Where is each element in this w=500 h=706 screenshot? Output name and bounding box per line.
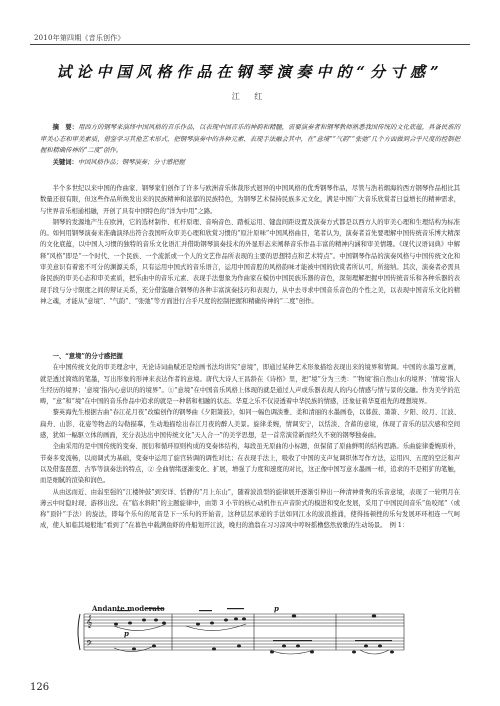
- bass-staff: [84, 638, 404, 650]
- body-paragraph: 在中国传统文化的审美理念中，无论诗词曲赋还是绘画书法均讲究“意境”，即通过某种艺…: [40, 362, 460, 407]
- article-title: 试论中国风格作品在钢琴演奏中的“分寸感”: [0, 61, 500, 82]
- svg-text:𝄞: 𝄞: [86, 615, 93, 628]
- page-number: 126: [30, 682, 49, 693]
- body-intro: 半个多世纪以来中国的作曲家、钢琴家们创作了许多与欧洲音乐体裁形式迥异的中国风格的…: [40, 183, 460, 307]
- abstract-text: 用西方的钢琴来演绎中国风格的音乐作品，以表现中国音乐的神韵和精髓，需要演奏者和钢…: [40, 124, 460, 154]
- svg-text:𝄢: 𝄢: [86, 640, 93, 651]
- abstract-label: 摘 要：: [53, 124, 78, 131]
- body-paragraph: 半个多世纪以来中国的作曲家、钢琴家们创作了许多与欧洲音乐体裁形式迥异的中国风格的…: [40, 183, 460, 217]
- body-paragraph: 全曲采用的是中国传统的变奏、展衍和循环原则构成的变奏体结构，每段虽无原曲的小标题…: [40, 441, 460, 486]
- abstract-paragraph: 摘 要：用西方的钢琴来演绎中国风格的音乐作品，以表现中国音乐的神韵和精髓，需要演…: [40, 122, 460, 157]
- svg-text:p: p: [124, 629, 129, 638]
- music-score-example: 𝄞 𝄢 p p: [74, 602, 434, 664]
- svg-text:p: p: [274, 604, 279, 613]
- keywords-label: 关键词：: [53, 159, 78, 166]
- journal-header: 2010年第四期《音乐创作》: [34, 33, 125, 43]
- keywords-paragraph: 关键词：中国风格作品；钢琴演奏；分寸感把握: [40, 157, 460, 169]
- article-author: 江 红: [0, 91, 500, 102]
- body-paragraph: 钢琴的发源地产生在欧洲，它的选材制作、杠杆原理、音响音色、踏板运用、键盘间距设置…: [40, 217, 460, 307]
- section-heading: 一、“意境”的分寸感把握: [40, 351, 460, 362]
- keywords-text: 中国风格作品；钢琴演奏；分寸感把握: [78, 159, 185, 166]
- body-section-1: 一、“意境”的分寸感把握 在中国传统文化的审美理念中，无论诗词曲赋还是绘画书法均…: [40, 351, 460, 532]
- header-divider: [30, 44, 470, 45]
- body-paragraph: 从由远而近、由弱至强的“江楼钟鼓”到安详、恬静的“月上东山”，随着波浪型的旋律展…: [40, 487, 460, 532]
- abstract-block: 摘 要：用西方的钢琴来演绎中国风格的音乐作品，以表现中国音乐的神韵和精髓，需要演…: [40, 122, 460, 168]
- body-paragraph: 黎英海先生根据古曲“春江花月夜”改编创作的钢琴曲《夕阳箫鼓》，如同一幅色调淡雅、…: [40, 407, 460, 441]
